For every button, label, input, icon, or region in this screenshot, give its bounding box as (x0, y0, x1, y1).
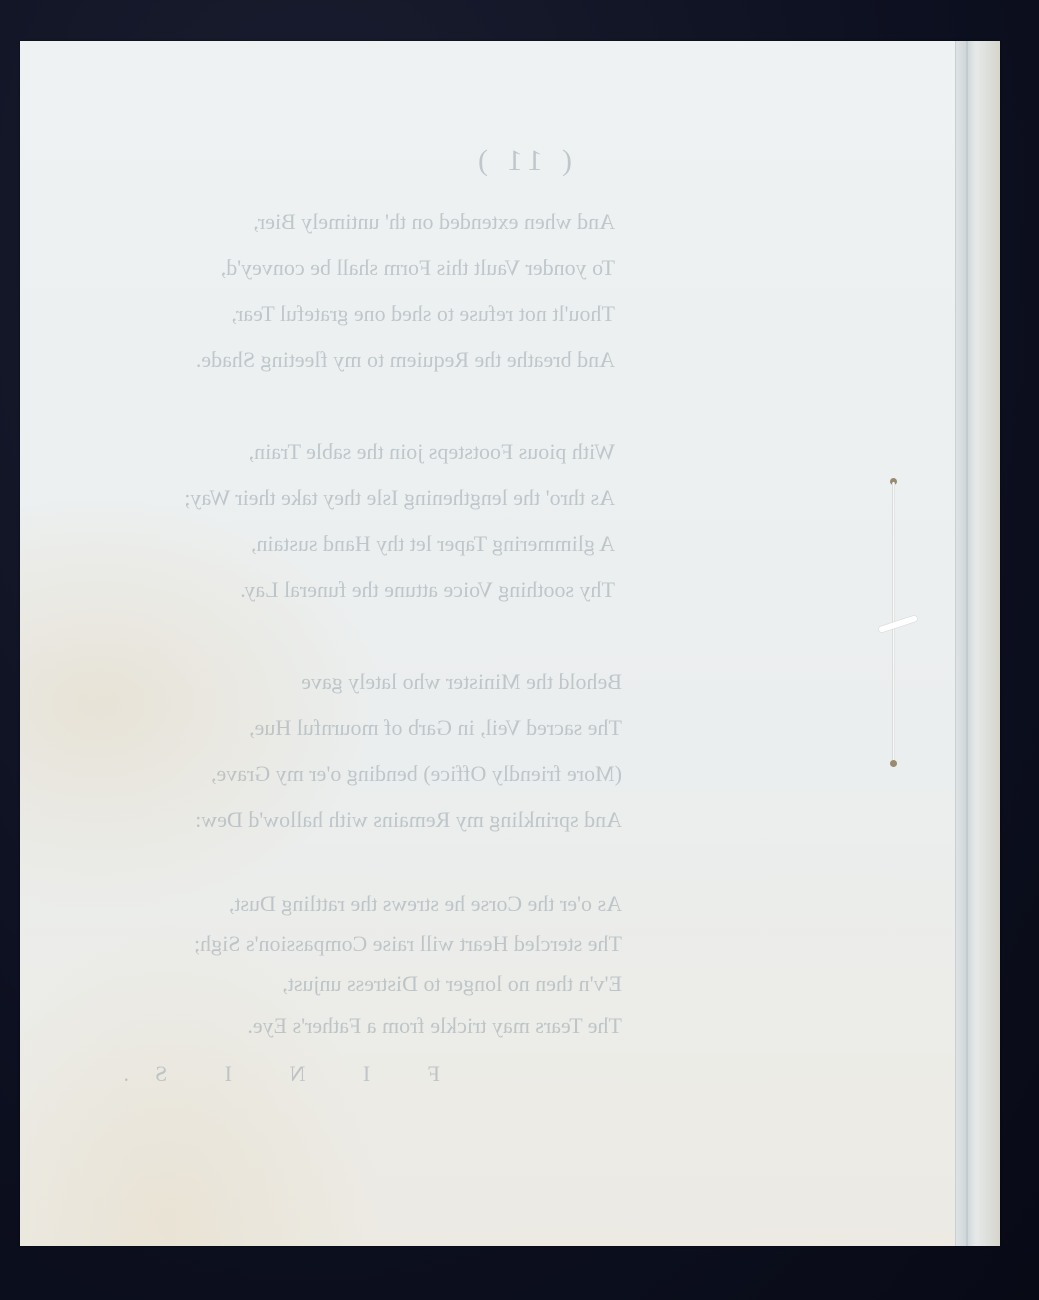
verse-line: The sacred Veil, in Garb of mournful Hue… (249, 715, 622, 741)
finis-mark: F I N I S. (97, 1061, 440, 1087)
stitch-hole-bottom (890, 760, 897, 767)
verse-line: To yonder Vault this Form shall be conve… (221, 255, 615, 281)
verse-line: And breathe the Requiem to my fleeting S… (196, 347, 615, 373)
verse-line: The stercled Heart will raise Compassion… (194, 931, 622, 957)
verse-line: With pious Footsteps join the sable Trai… (249, 439, 615, 465)
verse-line: E'v'n then no longer to Distress unjust, (282, 971, 622, 997)
verse-line: A glimmering Taper let thy Hand sustain, (251, 531, 615, 557)
verse-line: Thy soothing Voice attune the funeral La… (240, 577, 615, 603)
binding-stitch (888, 478, 898, 768)
paper-leaf: ( 11 ) And when extended on th' untimely… (20, 41, 1000, 1246)
verse-line: The Tears may trickle from a Father's Ey… (247, 1013, 622, 1039)
verse-line: As thro' the lengthening Isle they take … (184, 485, 615, 511)
verse-line: Behold the Minister who lately gave (301, 669, 622, 695)
page-number: ( 11 ) (20, 144, 1000, 178)
verse-line: (More friendly Office) bending o'er my G… (211, 761, 622, 787)
verse-line: Thou'lt not refuse to shed one grateful … (231, 301, 615, 327)
show-through-text: ( 11 ) And when extended on th' untimely… (20, 41, 1000, 1246)
verse-line: As o'er the Corse he strews the rattling… (229, 891, 622, 917)
verse-line: And sprinkling my Remains with hallow'd … (195, 807, 622, 833)
verse-line: And when extended on th' untimely Bier, (253, 209, 615, 235)
